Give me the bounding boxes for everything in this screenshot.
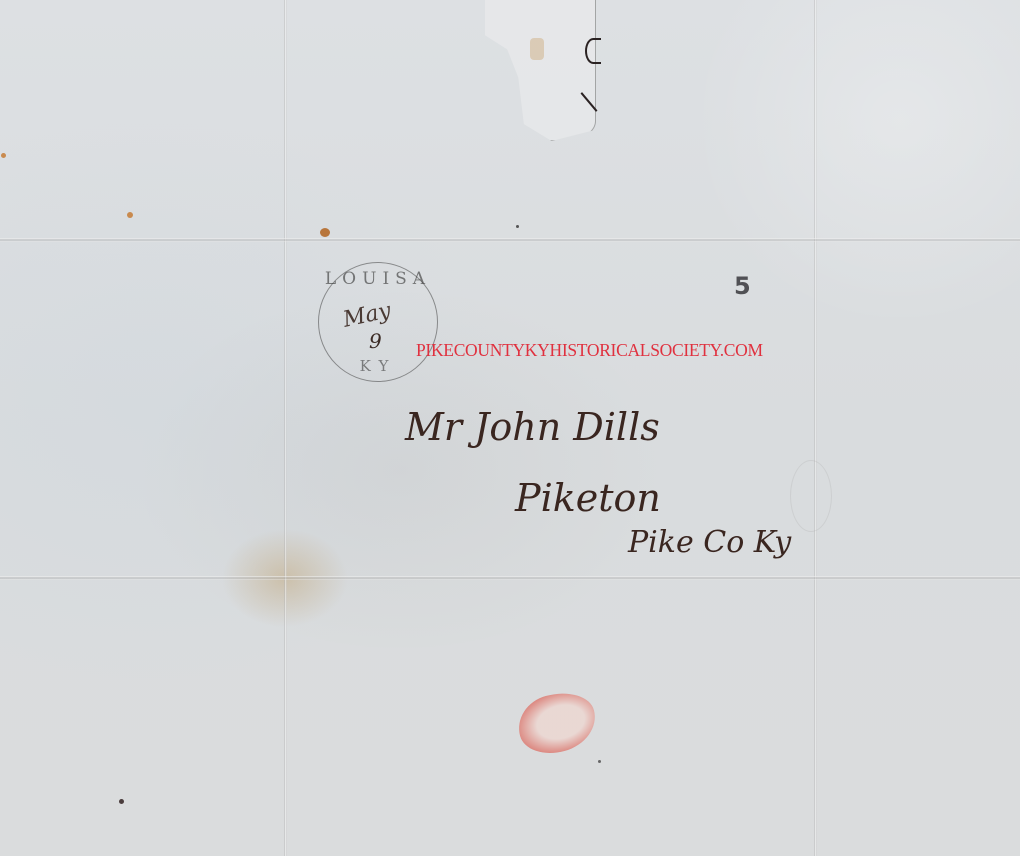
wax-seal-remnant xyxy=(512,685,602,761)
foxing-spot xyxy=(127,212,133,218)
fold-line-horizontal-top xyxy=(0,238,1020,242)
foxing-spot xyxy=(320,228,330,237)
pen-mark-curve xyxy=(585,38,601,64)
letter-cover: LOUISA May 9 KY 5 PIKECOUNTYKYHISTORICAL… xyxy=(0,0,1020,856)
postmark-day: 9 xyxy=(369,329,382,353)
rate-marking: 5 xyxy=(734,272,751,300)
ink-spot xyxy=(598,760,601,763)
postmark-town: LOUISA xyxy=(319,269,437,289)
paper-stain xyxy=(530,38,544,60)
foxing-spot xyxy=(1,153,6,158)
paper-stain-oval xyxy=(790,460,832,532)
fold-line-horizontal-bottom xyxy=(0,576,1020,580)
addressee-county-state: Pike Co Ky xyxy=(628,525,791,560)
postmark-circle: LOUISA May 9 KY xyxy=(318,262,438,382)
addressee-name: Mr John Dills xyxy=(405,405,660,449)
fold-line-vertical-left xyxy=(284,0,287,856)
addressee-town: Piketon xyxy=(515,476,661,520)
ink-spot xyxy=(119,799,124,804)
paper-tear xyxy=(485,0,596,141)
postmark-month: May xyxy=(341,298,393,332)
ink-spot xyxy=(516,225,519,228)
fold-line-vertical-right xyxy=(814,0,817,856)
watermark-text: PIKECOUNTYKYHISTORICALSOCIETY.COM xyxy=(416,340,763,361)
